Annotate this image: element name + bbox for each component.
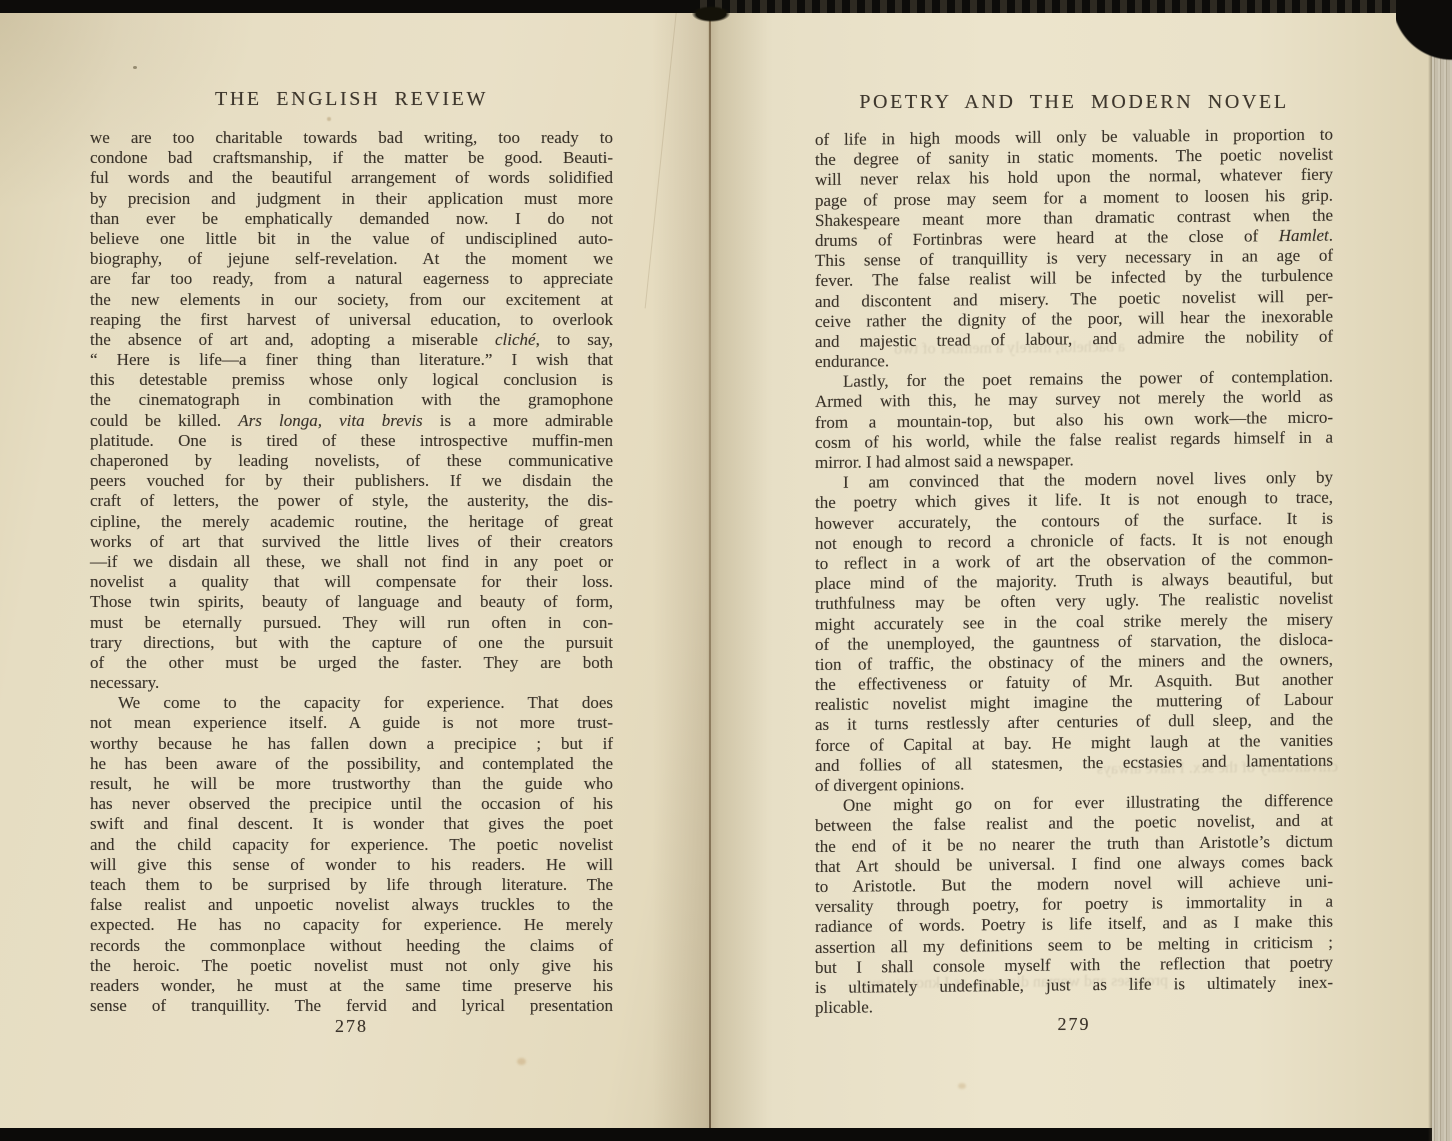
text-line: he has been aware of the possibility, an… <box>90 754 613 774</box>
right-running-header: POETRY AND THE MODERN NOVEL <box>815 91 1333 114</box>
text-line: could be killed. Ars longa, vita brevis … <box>90 411 613 431</box>
book-scan: THE ENGLISH REVIEW we are too charitable… <box>0 0 1452 1141</box>
text-line: we are too charitable towards bad writin… <box>90 128 613 148</box>
text-line: worthy because he has fallen down a prec… <box>90 734 613 754</box>
text-line: cipline, the merely academic routine, th… <box>90 512 613 532</box>
text-line: by precision and judgment in their appli… <box>90 189 613 209</box>
text-line: ful words and the beautiful arrangement … <box>90 168 613 188</box>
text-line: peers vouched for by their publishers. I… <box>90 471 613 491</box>
scan-bottom-edge <box>0 1128 1452 1141</box>
left-page-number: 278 <box>90 1016 613 1037</box>
text-line: works of art that survived the little li… <box>90 532 613 552</box>
text-line: condone bad craftsmanship, if the matter… <box>90 148 613 168</box>
page-stack-edge <box>1432 0 1452 1141</box>
text-line: sense of tranquillity. The fervid and ly… <box>90 996 613 1016</box>
text-line: —if we disdain all these, we shall not f… <box>90 552 613 572</box>
text-line: and the child capacity for experience. T… <box>90 835 613 855</box>
right-page: a bachelor, merely a member of two chiva… <box>708 12 1435 1129</box>
text-line: this detestable premiss whose only logic… <box>90 370 613 390</box>
text-line: swift and final descent. It is wonder th… <box>90 814 613 834</box>
left-running-header: THE ENGLISH REVIEW <box>90 88 613 111</box>
text-line: Those twin spirits, beauty of language a… <box>90 592 613 612</box>
text-line: must be eternally pursued. They will run… <box>90 613 613 633</box>
text-line: result, he will be more trustworthy than… <box>90 774 613 794</box>
text-line: expected. He has no capacity for experie… <box>90 915 613 935</box>
text-line: the absence of art and, adopting a miser… <box>90 330 613 350</box>
text-line: false realist and unpoetic novelist alwa… <box>90 895 613 915</box>
text-line: “ Here is life—a finer thing than litera… <box>90 350 613 370</box>
text-line: has never observed the precipice until t… <box>90 794 613 814</box>
right-page-body: of life in high moods will only be valua… <box>815 125 1333 1019</box>
text-line: chaperoned by leading novelists, of thes… <box>90 451 613 471</box>
text-line: the new elements in our society, from ou… <box>90 290 613 310</box>
left-page-body: we are too charitable towards bad writin… <box>90 128 613 1016</box>
text-line: records the commonplace without heeding … <box>90 936 613 956</box>
text-line: of the other must be urged the faster. T… <box>90 653 613 673</box>
text-line: craft of letters, the power of style, th… <box>90 491 613 511</box>
text-line: the heroic. The poetic novelist must not… <box>90 956 613 976</box>
left-page: THE ENGLISH REVIEW we are too charitable… <box>0 12 708 1129</box>
text-line: not mean experience itself. A guide is n… <box>90 713 613 733</box>
text-line: biography, of jejune self-revelation. At… <box>90 249 613 269</box>
text-line: believe one little bit in the value of u… <box>90 229 613 249</box>
text-line: than ever be emphatically demanded now. … <box>90 209 613 229</box>
text-line: platitude. One is tired of these introsp… <box>90 431 613 451</box>
gutter-top-notch <box>692 6 730 22</box>
text-line: teach them to be surprised by life throu… <box>90 875 613 895</box>
right-page-number: 279 <box>815 1014 1333 1035</box>
text-line: reaping the first harvest of universal e… <box>90 310 613 330</box>
text-line: novelist a quality that will compensate … <box>90 572 613 592</box>
text-line: the cinematograph in combination with th… <box>90 390 613 410</box>
text-line: We come to the capacity for experience. … <box>90 693 613 713</box>
text-line: readers wonder, he must at the same time… <box>90 976 613 996</box>
text-line: necessary. <box>90 673 613 693</box>
text-line: will give this sense of wonder to his re… <box>90 855 613 875</box>
book-cover-corner <box>1396 0 1452 66</box>
text-line: trary directions, but with the capture o… <box>90 633 613 653</box>
text-line: are far too ready, from a natural eagern… <box>90 269 613 289</box>
